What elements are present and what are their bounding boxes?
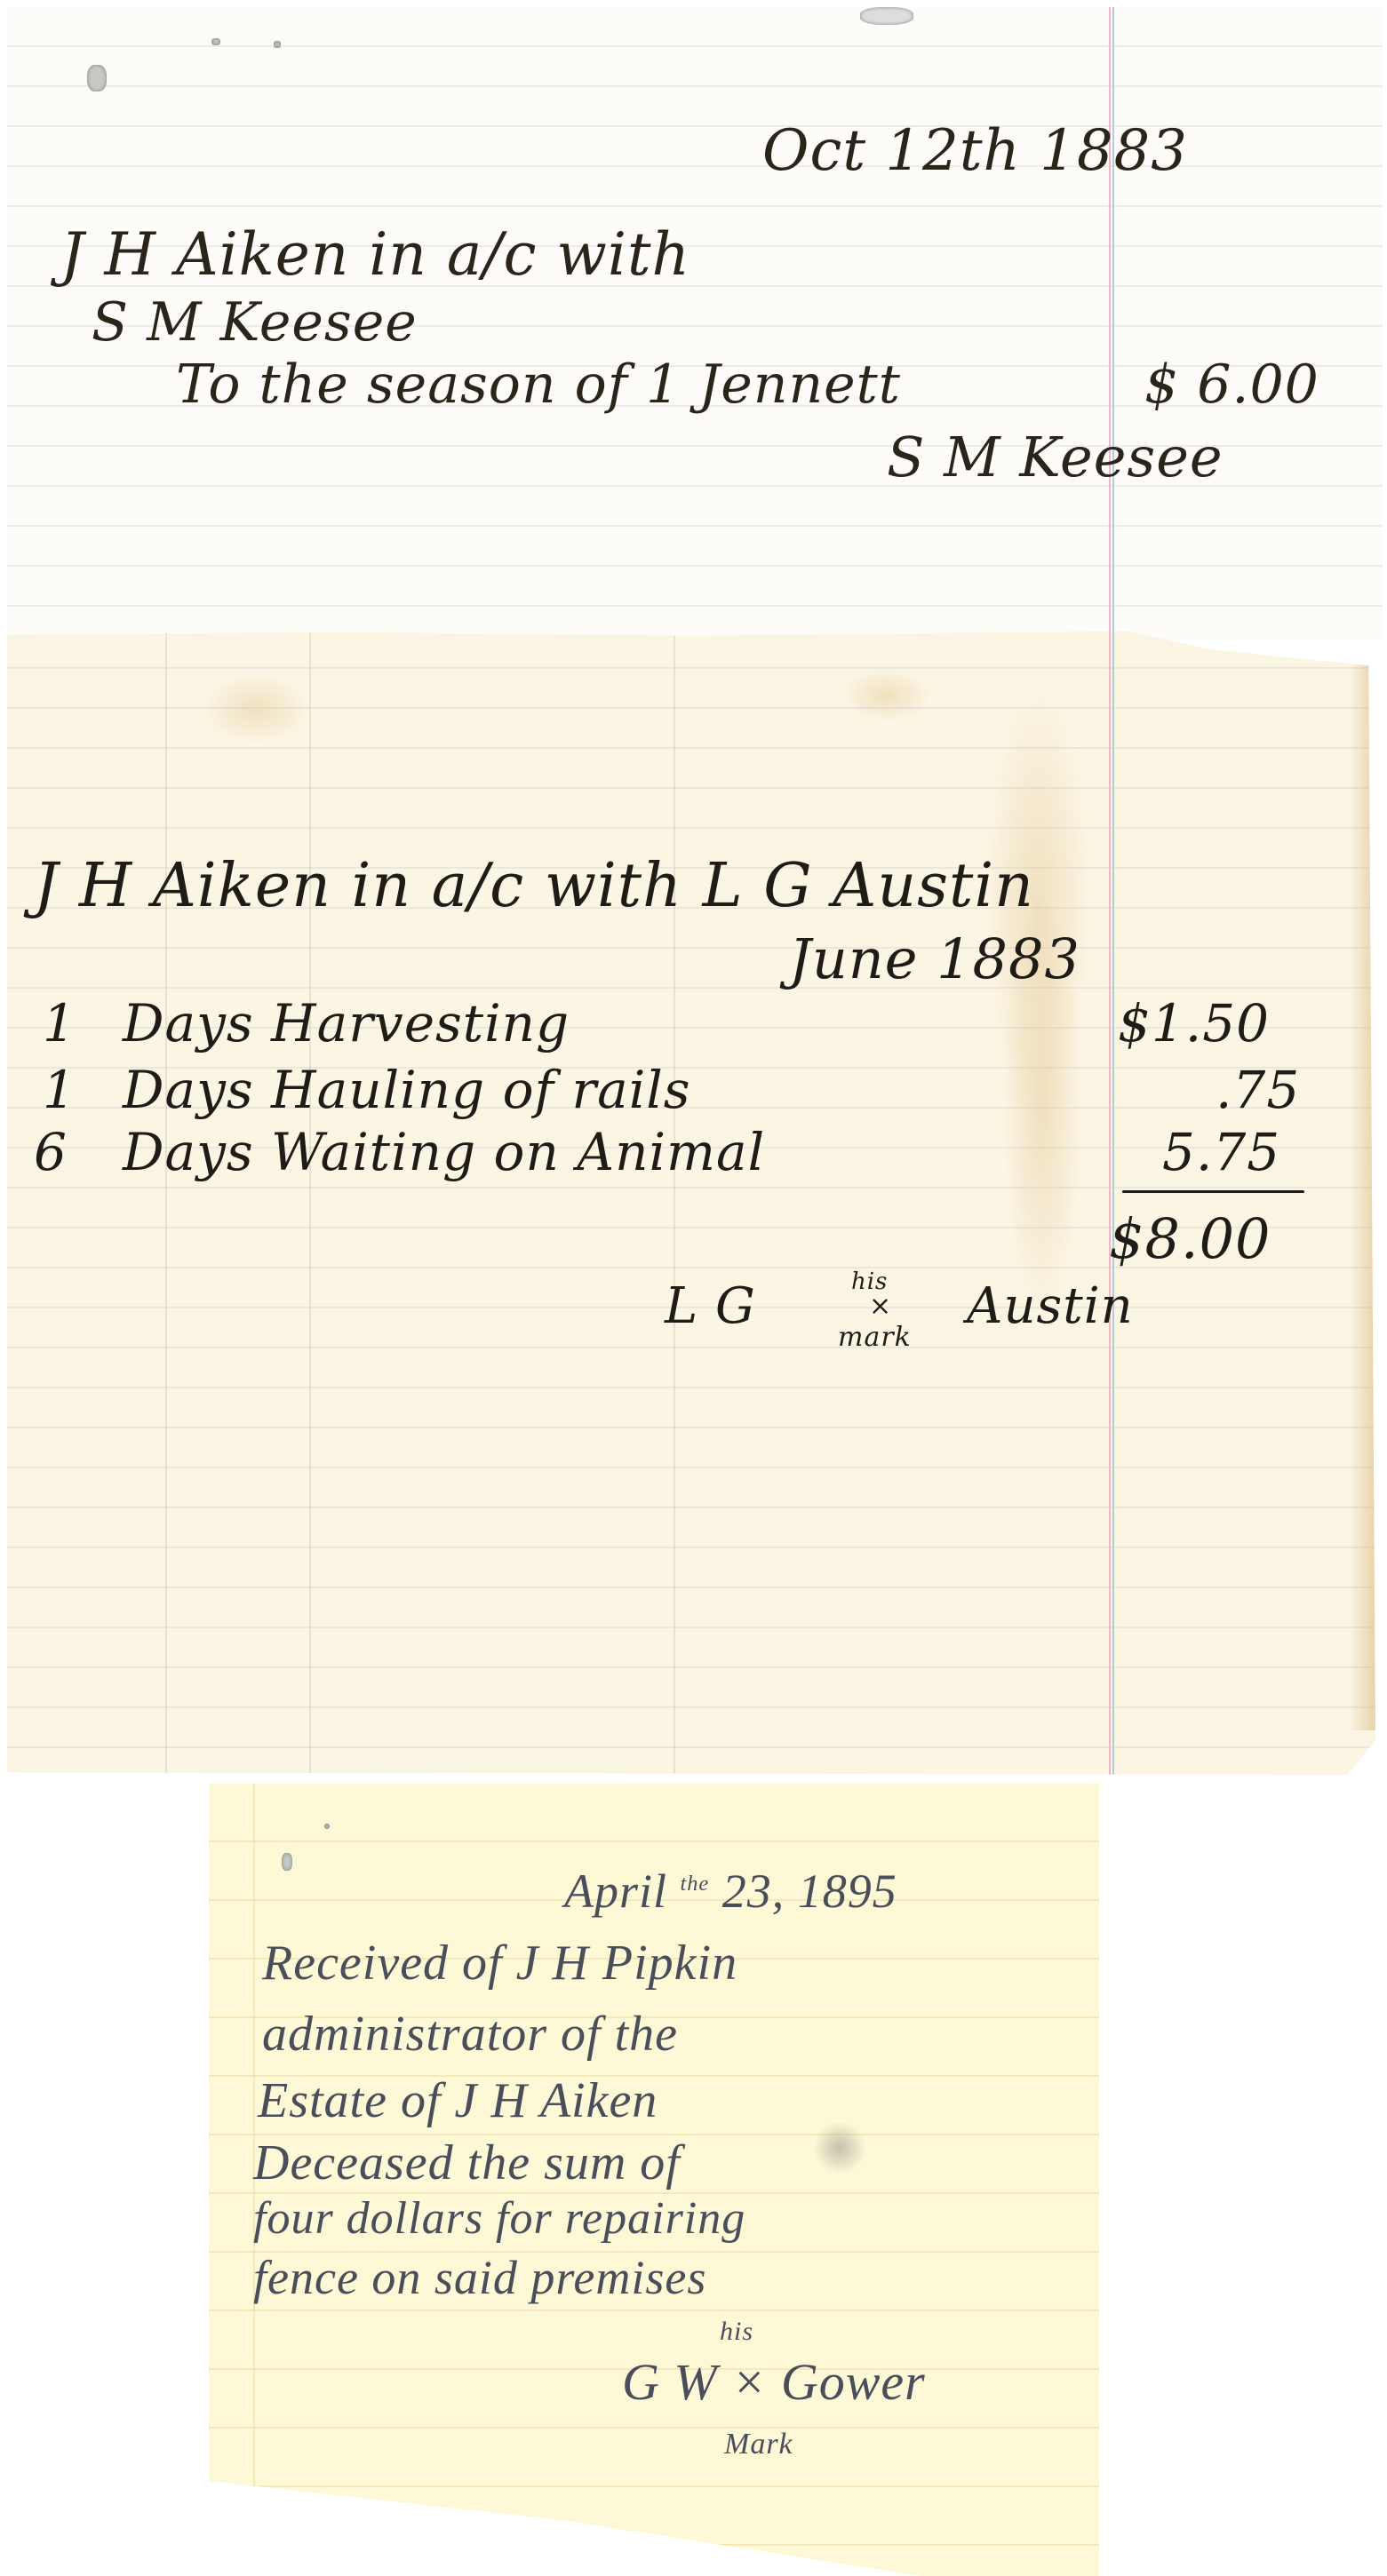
receipt-gower-note: April the 23, 1895 Received of J H Pipki… xyxy=(209,1784,1099,2576)
paper-hole xyxy=(324,1824,330,1829)
note-date-sup: the xyxy=(681,1872,710,1896)
note-body-line: Estate of J H Aiken xyxy=(258,2072,658,2129)
note-body-line: Received of J H Pipkin xyxy=(262,1935,737,1992)
receipt-item-amount: $ 6.00 xyxy=(1144,354,1319,416)
margin-line xyxy=(1109,629,1114,1775)
receipt-keesee-sheet: Oct 12th 1883 J H Aiken in a/c with S M … xyxy=(7,7,1383,640)
account-date: June 1883 xyxy=(789,926,1080,991)
fold-line xyxy=(309,629,311,1775)
signature-x-mark: × xyxy=(869,1291,892,1322)
note-date-rest: 23, 1895 xyxy=(722,1864,897,1918)
line-item-qty: 1 xyxy=(43,1060,76,1120)
note-body-line: fence on said premises xyxy=(253,2250,706,2305)
signature-initials: L G xyxy=(665,1277,756,1335)
rust-stain xyxy=(842,669,931,722)
total-underline xyxy=(1122,1190,1304,1193)
note-body-line: Deceased the sum of xyxy=(253,2135,681,2191)
line-item-amount: $1.50 xyxy=(1118,993,1270,1053)
line-item-amount: 5.75 xyxy=(1162,1122,1280,1182)
margin-line xyxy=(1109,7,1114,640)
receipt-date: Oct 12th 1883 xyxy=(762,118,1188,184)
signature-mark: mark xyxy=(838,1322,912,1353)
receipt-header-line1: J H Aiken in a/c with xyxy=(60,220,690,289)
line-item-amount: .75 xyxy=(1216,1060,1300,1120)
note-date: April the 23, 1895 xyxy=(564,1864,897,1919)
note-signature-name: G W × Gower xyxy=(622,2352,926,2412)
note-body-line: administrator of the xyxy=(262,2006,678,2063)
receipt-signature: S M Keesee xyxy=(887,425,1224,489)
paper-hole xyxy=(282,1853,292,1871)
paper-hole xyxy=(87,65,107,91)
account-header: J H Aiken in a/c with L G Austin xyxy=(34,851,1034,921)
note-body-line: four dollars for repairing xyxy=(253,2192,745,2245)
line-item-description: Days Waiting on Animal xyxy=(123,1122,765,1182)
account-total: $8.00 xyxy=(1109,1206,1271,1271)
line-item-qty: 6 xyxy=(34,1122,68,1182)
paper-hole xyxy=(211,38,220,45)
paper-tear xyxy=(860,7,913,25)
line-item-description: Days Hauling of rails xyxy=(123,1060,691,1120)
rust-stain xyxy=(203,673,309,744)
smudge xyxy=(813,2121,866,2174)
line-item-qty: 1 xyxy=(43,993,76,1053)
receipt-item-text: To the season of 1 Jennett xyxy=(176,354,901,416)
account-austin-sheet: J H Aiken in a/c with L G Austin June 18… xyxy=(7,629,1375,1775)
signature-surname: Austin xyxy=(967,1277,1134,1335)
line-item-description: Days Harvesting xyxy=(123,993,570,1053)
note-date-month: April xyxy=(564,1864,667,1918)
receipt-header-line2: S M Keesee xyxy=(92,291,418,354)
note-signature-his: his xyxy=(720,2317,753,2347)
note-signature-mark: Mark xyxy=(724,2428,793,2461)
fold-line xyxy=(674,629,675,1775)
paper-hole xyxy=(274,41,281,48)
fold-line xyxy=(165,629,167,1775)
